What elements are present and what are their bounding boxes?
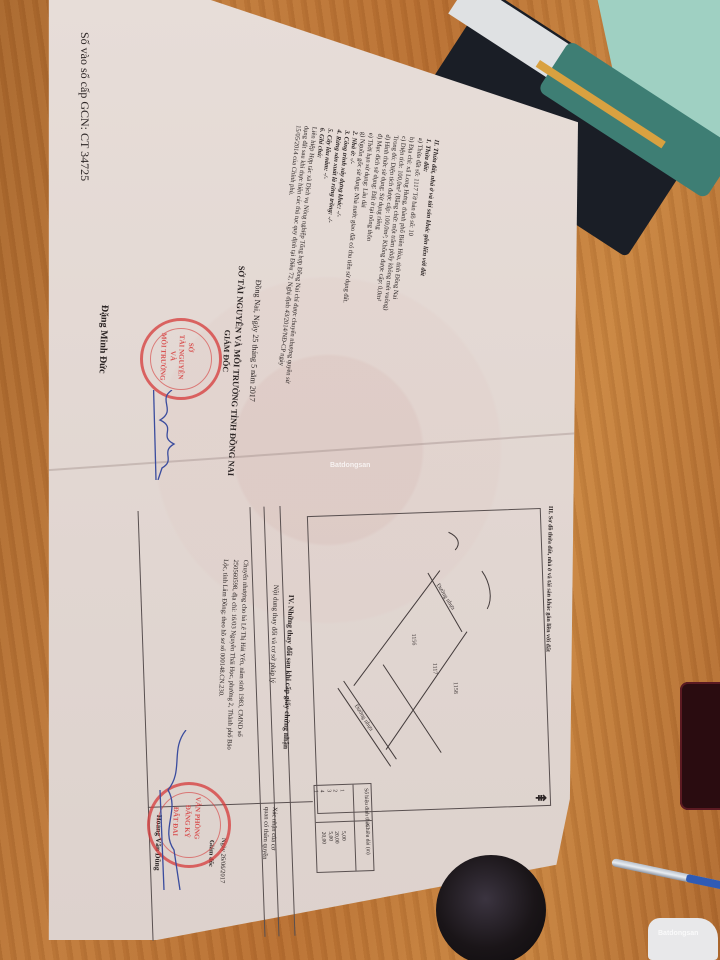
table-border bbox=[249, 507, 265, 937]
table-lengths: 5,00 20,00 5,00 20,00 bbox=[320, 831, 346, 844]
svg-text:Đường nhựa: Đường nhựa bbox=[353, 704, 374, 733]
parcel-diagram: Đường nhựa Đường nhựa 1156 1117 1158 bbox=[308, 509, 550, 813]
stamp-text: VĂN PHÒNG bbox=[193, 797, 202, 840]
table-points: 1 2 3 4 1 bbox=[312, 789, 345, 793]
handwritten-signature bbox=[150, 730, 190, 890]
white-cloth bbox=[648, 918, 718, 960]
stamp-text: TÀI NGUYÊN bbox=[176, 335, 186, 380]
svg-text:Đường nhựa: Đường nhựa bbox=[435, 583, 456, 612]
stamp-text: SỞ bbox=[187, 343, 195, 353]
smartphone bbox=[680, 682, 720, 810]
watermark-logo: Batdongsan bbox=[330, 462, 370, 469]
table-divider bbox=[352, 785, 356, 871]
svg-text:1158: 1158 bbox=[452, 682, 458, 694]
stamp-text: VÀ bbox=[169, 351, 177, 361]
certificate-serial: Số vào sổ cấp GCN: CT 34725 bbox=[77, 32, 92, 181]
svg-text:1156: 1156 bbox=[410, 633, 416, 645]
red-seal-stamp: SỞ TÀI NGUYÊN VÀ MÔI TRƯỜNG bbox=[140, 318, 222, 400]
dimensions-table: Số hiệu đỉnh thửa Chiều dài (m) 1 2 3 4 … bbox=[313, 783, 374, 873]
watermark-logo-corner: Batdongsan bbox=[658, 930, 698, 937]
dark-dome-object bbox=[436, 855, 546, 960]
section-ii-block: II. Thửa đất, nhà ở và tài sản khác gắn … bbox=[266, 125, 440, 397]
table-border bbox=[263, 507, 279, 937]
handwritten-signature bbox=[152, 390, 182, 480]
table-header: Số hiệu đỉnh thửa bbox=[362, 788, 370, 827]
svg-text:1117: 1117 bbox=[431, 663, 437, 675]
parcel-diagram-box: Đường nhựa Đường nhựa 1156 1117 1158 bbox=[307, 508, 551, 814]
table-header: Chiều dài (m) bbox=[363, 824, 371, 855]
north-arrow-icon: ⇞ bbox=[531, 792, 548, 804]
stamp-text: MÔI TRƯỜNG bbox=[158, 333, 168, 381]
